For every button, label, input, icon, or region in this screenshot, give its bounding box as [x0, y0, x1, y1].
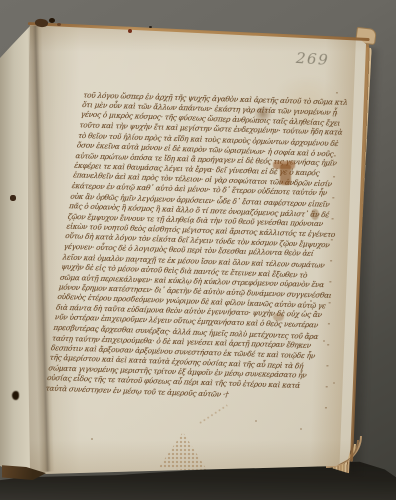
edge-speck — [128, 29, 132, 33]
photo-of-manuscript: τοῦ λόγου ὥσπερ ἐν ἀρχῇ τῆς ψυχῆς ἀγαθὸν… — [0, 0, 396, 500]
sewing-mark — [12, 391, 19, 400]
binding-damage-speck — [49, 18, 55, 23]
edge-speck — [149, 26, 152, 28]
foxing-spots — [95, 330, 97, 332]
text-block: τοῦ λόγου ὥσπερ ἐν ἀρχῇ τῆς ψυχῆς ἀγαθὸν… — [45, 90, 316, 401]
folio-number: 269 — [295, 49, 329, 69]
sewing-mark — [10, 195, 16, 201]
manuscript-page: τοῦ λόγου ὥσπερ ἐν ἀρχῇ τῆς ψυχῆς ἀγαθὸν… — [0, 0, 396, 500]
ink-stain — [280, 164, 291, 185]
binding-damage-speck — [57, 23, 61, 26]
ink-stain — [273, 313, 284, 321]
ink-stain — [311, 209, 319, 220]
